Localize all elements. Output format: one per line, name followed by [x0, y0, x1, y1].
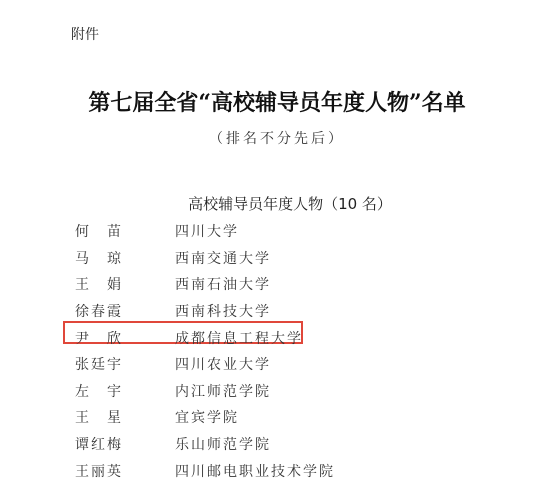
- honoree-school: 乐山师范学院: [175, 434, 271, 454]
- list-item: 王丽英四川邮电职业技术学院: [75, 457, 335, 484]
- honoree-list: 何 苗四川大学 马 琼西南交通大学 王 娟西南石油大学 徐春霞西南科技大学 尹 …: [75, 218, 335, 484]
- honoree-name: 尹 欣: [75, 328, 175, 348]
- honoree-name: 马 琼: [75, 248, 175, 268]
- list-item: 左 宇内江师范学院: [75, 378, 335, 405]
- honoree-name: 王 娟: [75, 274, 175, 294]
- honoree-school: 成都信息工程大学: [175, 328, 303, 348]
- list-item: 何 苗四川大学: [75, 218, 335, 245]
- honoree-school: 内江师范学院: [175, 381, 271, 401]
- honoree-name: 何 苗: [75, 221, 175, 241]
- honoree-school: 西南科技大学: [175, 301, 271, 321]
- honoree-school: 四川大学: [175, 221, 239, 241]
- honoree-school: 西南石油大学: [175, 274, 271, 294]
- list-item: 谭红梅乐山师范学院: [75, 431, 335, 458]
- honoree-name: 王丽英: [75, 461, 175, 481]
- section-heading: 高校辅导员年度人物（10 名）: [120, 193, 460, 214]
- honoree-name: 徐春霞: [75, 301, 175, 321]
- honoree-name: 左 宇: [75, 381, 175, 401]
- document-subtitle: （排名不分先后）: [0, 128, 554, 148]
- list-item: 王 娟西南石油大学: [75, 271, 335, 298]
- honoree-school: 西南交通大学: [175, 248, 271, 268]
- document-title: 第七届全省“高校辅导员年度人物”名单: [0, 86, 554, 117]
- list-item: 徐春霞西南科技大学: [75, 298, 335, 325]
- attachment-label: 附件: [71, 24, 99, 44]
- honoree-school: 宜宾学院: [175, 407, 239, 427]
- list-item: 王 星宜宾学院: [75, 404, 335, 431]
- honoree-name: 王 星: [75, 407, 175, 427]
- list-item: 马 琼西南交通大学: [75, 245, 335, 272]
- list-item: 张廷宇四川农业大学: [75, 351, 335, 378]
- honoree-school: 四川农业大学: [175, 354, 271, 374]
- list-item-highlighted: 尹 欣成都信息工程大学: [75, 324, 335, 351]
- honoree-name: 谭红梅: [75, 434, 175, 454]
- honoree-school: 四川邮电职业技术学院: [175, 461, 335, 481]
- honoree-name: 张廷宇: [75, 354, 175, 374]
